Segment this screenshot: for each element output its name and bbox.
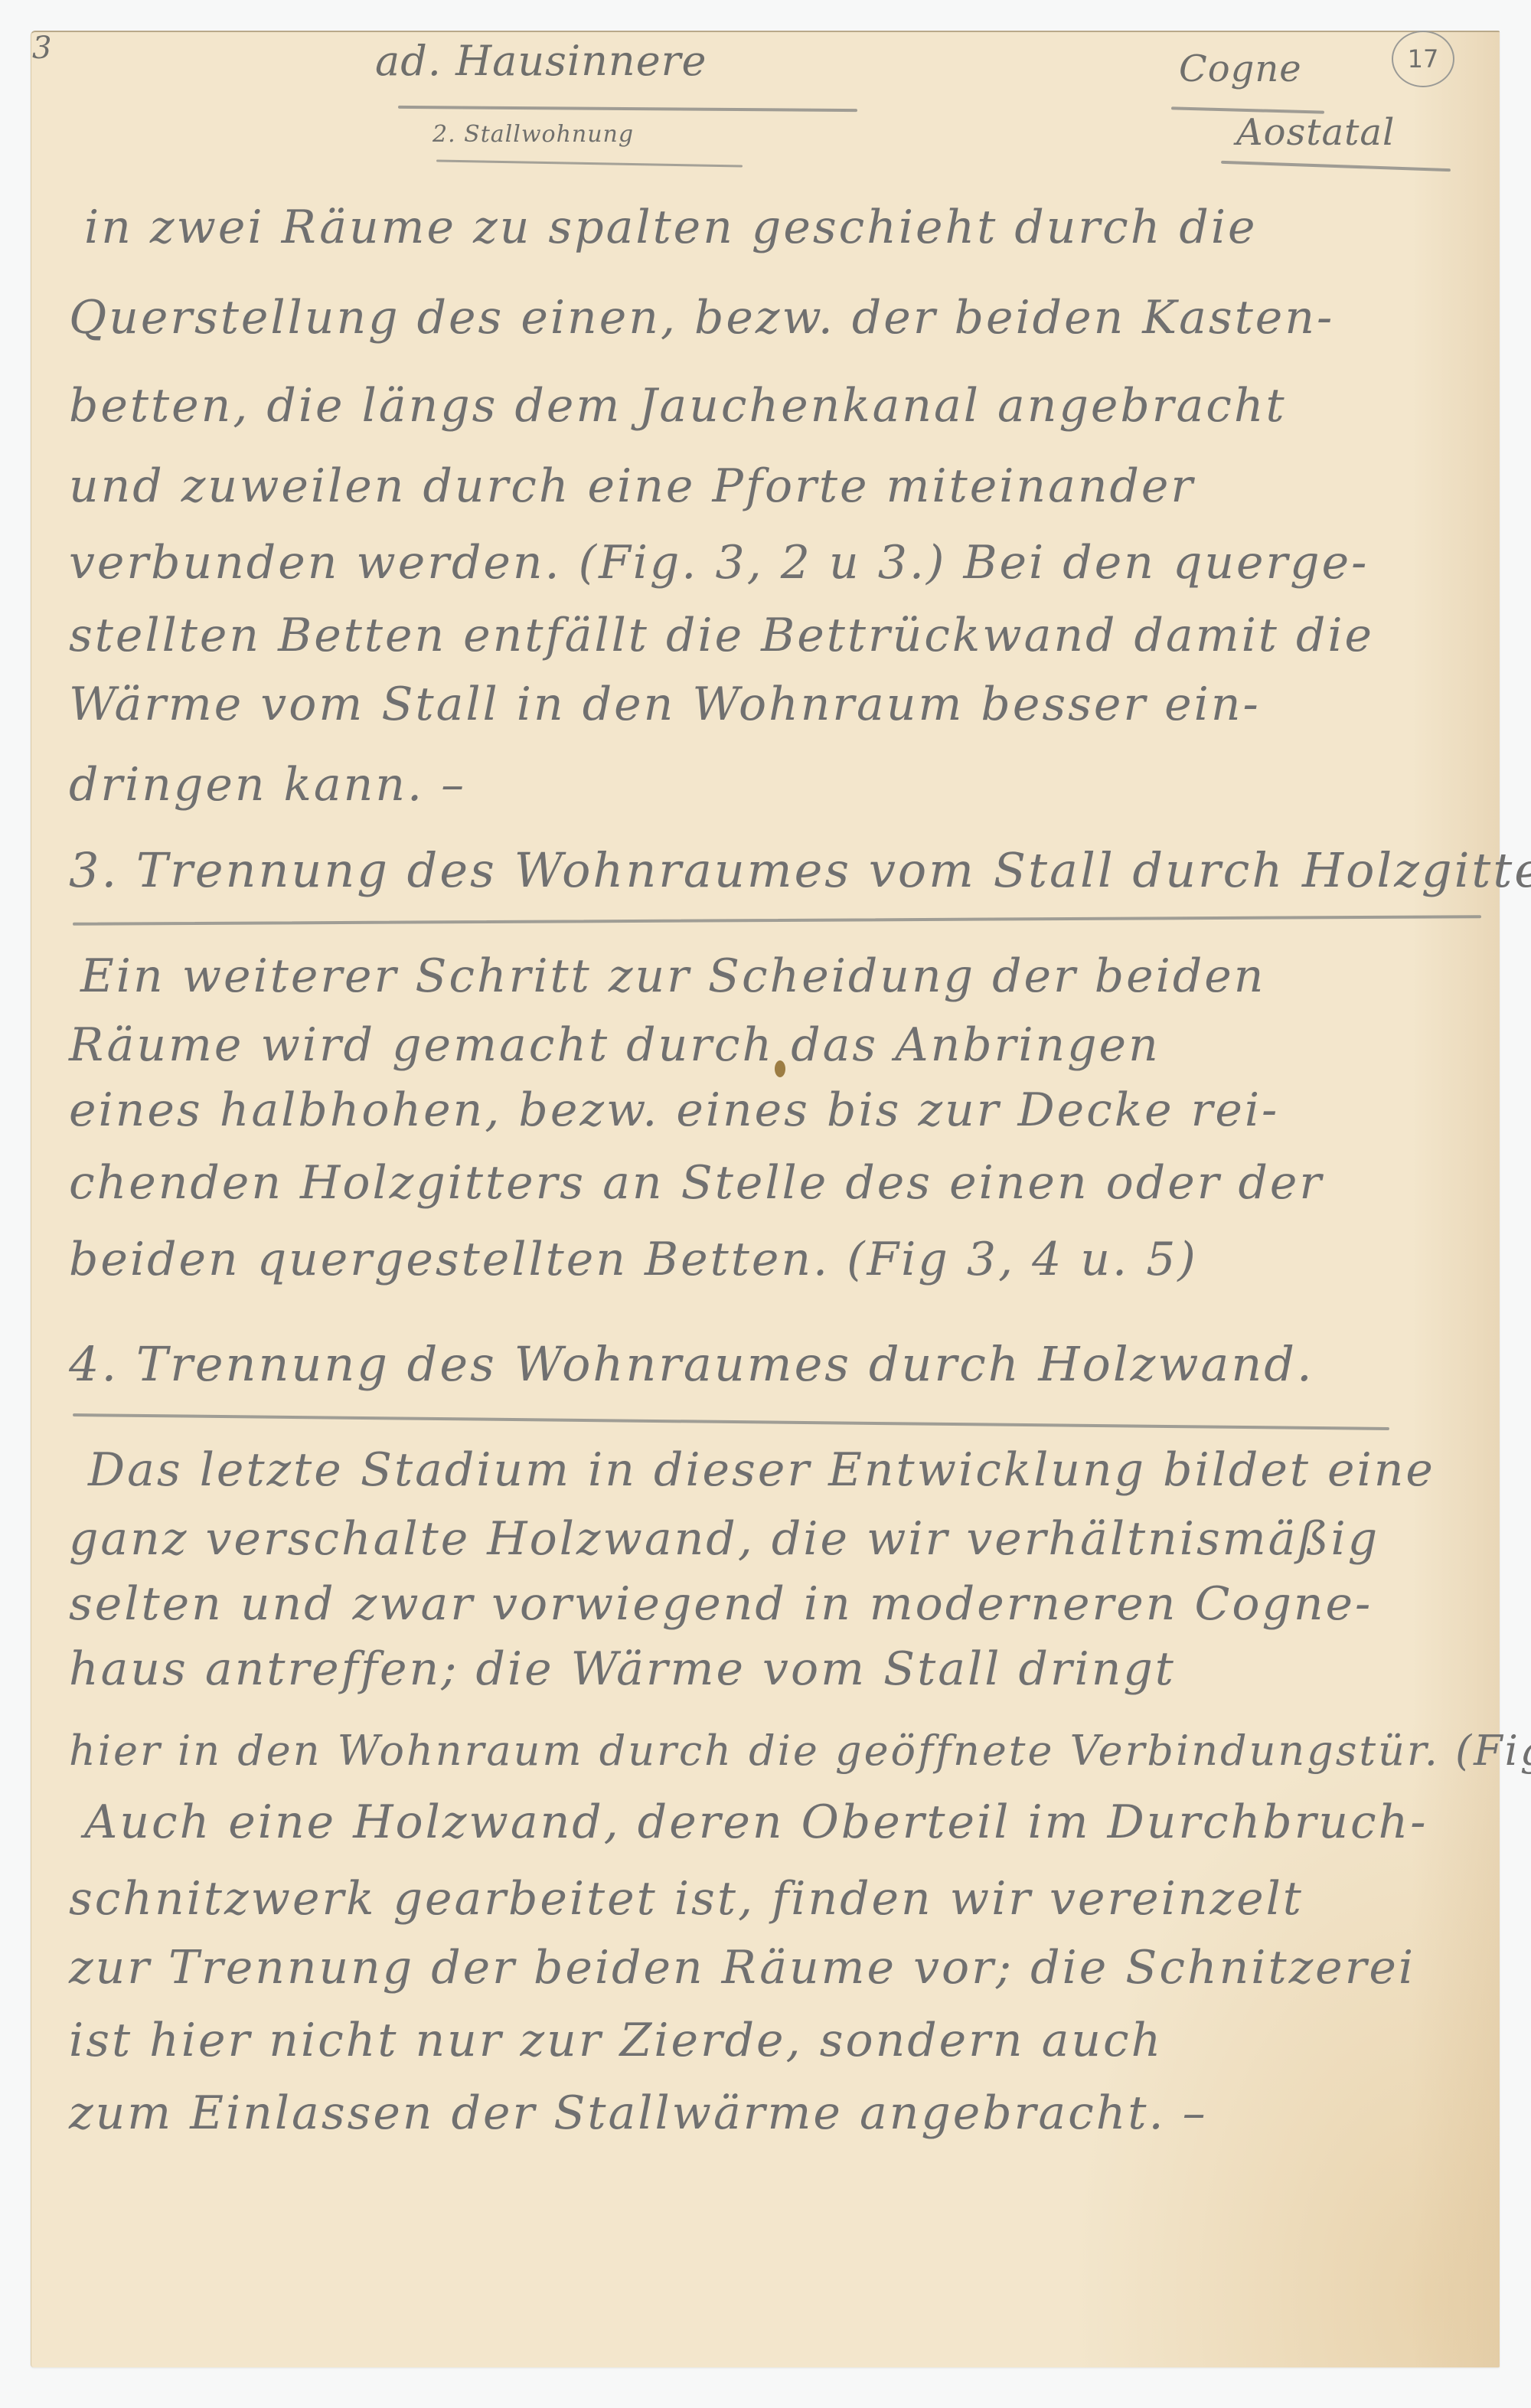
text-line: stellten Betten entfällt die Bettrückwan… [69,609,1374,662]
text-line: haus antreffen; die Wärme vom Stall drin… [69,1642,1176,1696]
text-line: eines halbhohen, bezw. eines bis zur Dec… [69,1083,1279,1137]
text-line: chenden Holzgitters an Stelle des einen … [69,1156,1324,1210]
text-line: verbunden werden. (Fig. 3, 2 u 3.) Bei d… [69,536,1369,590]
section-heading-3: 3. Trennung des Wohnraumes vom Stall dur… [69,842,1531,898]
text-line: Wärme vom Stall in den Wohnraum besser e… [69,678,1261,731]
page-subtitle: 2. Stallwohnung [433,121,634,148]
text-line: Ein weiterer Schritt zur Scheidung der b… [80,949,1265,1003]
place-name-line2: Aostatal [1236,111,1395,154]
text-line: ganz verschalte Holzwand, die wir verhäl… [69,1512,1379,1566]
text-line: betten, die längs dem Jauchenkanal angeb… [69,379,1287,433]
text-line: beiden quergestellten Betten. (Fig 3, 4 … [69,1233,1198,1286]
paper-stain [775,1060,785,1077]
text-line: Querstellung des einen, bezw. der beiden… [69,291,1334,345]
text-line: zur Trennung der beiden Räume vor; die S… [69,1941,1415,1995]
section-heading-4: 4. Trennung des Wohnraumes durch Holzwan… [69,1336,1314,1392]
text-line: schnitzwerk gearbeitet ist, finden wir v… [69,1872,1304,1926]
text-line: Auch eine Holzwand, deren Oberteil im Du… [84,1795,1428,1849]
text-line: Räume wird gemacht durch das Anbringen [69,1018,1160,1072]
text-line: ist hier nicht nur zur Zierde, sondern a… [69,2014,1163,2067]
text-line: selten und zwar vorwiegend in moderneren… [69,1577,1373,1631]
text-line: und zuweilen durch eine Pforte miteinand… [69,459,1195,513]
text-line: in zwei Räume zu spalten geschieht durch… [84,201,1258,254]
text-line: hier in den Wohnraum durch die geöffnete… [69,1727,1531,1775]
folio-number-circled: 17 [1392,31,1454,87]
place-name-line1: Cogne [1179,47,1302,90]
page-corner-number: 3 [32,31,52,66]
text-line: Das letzte Stadium in dieser Entwicklung… [88,1443,1435,1497]
text-line: dringen kann. – [69,758,466,812]
text-line: zum Einlassen der Stallwärme angebracht.… [69,2086,1208,2140]
page-title: ad. Hausinnere [375,37,707,85]
